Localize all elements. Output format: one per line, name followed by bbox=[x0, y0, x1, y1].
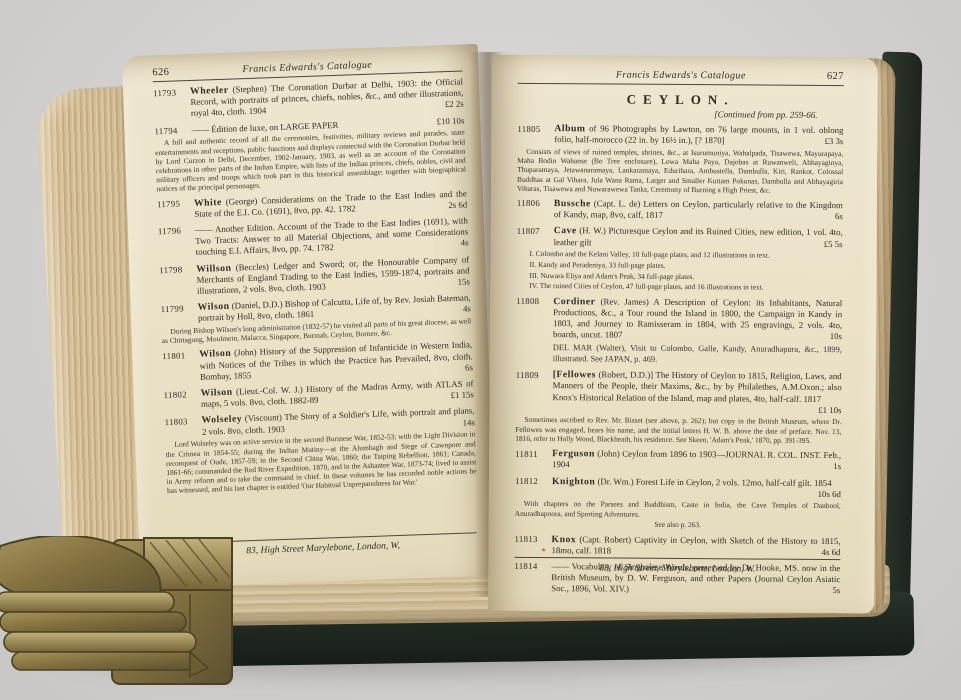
left-entries: 11793Wheeler (Stephen) The Coronation Du… bbox=[153, 76, 477, 495]
entry-number: 11801 bbox=[162, 350, 186, 362]
entry-price: £5 5s bbox=[824, 239, 843, 250]
entry-text: —— Another Edition. Account of the Trade… bbox=[195, 215, 469, 258]
entry-price: 10s 6d bbox=[818, 489, 841, 500]
entry-number: 11793 bbox=[153, 87, 177, 99]
left-page: 626 Francis Edwards's Catalogue 11793Whe… bbox=[122, 44, 496, 588]
entry-number: 11813 bbox=[515, 534, 538, 545]
entry-price: 6s bbox=[835, 211, 843, 222]
entry-price: 4s 6d bbox=[822, 547, 841, 558]
right-running-head: Francis Edwards's Catalogue 627 bbox=[518, 69, 844, 86]
catalogue-entry-11801: 11801Wilson (John) History of the Suppre… bbox=[162, 340, 473, 384]
entry-number: 11802 bbox=[163, 389, 187, 401]
book-photograph: 626 Francis Edwards's Catalogue 11793Whe… bbox=[0, 0, 961, 700]
entry-text: Ferguson (John) Ceylon from 1896 to 1903… bbox=[552, 448, 841, 472]
catalogue-entry-11799: 11799Wilson (Daniel, D.D.) Bishop of Cal… bbox=[160, 293, 471, 346]
left-running-title: Francis Edwards's Catalogue bbox=[194, 58, 420, 77]
entry-author: [Fellowes bbox=[553, 369, 596, 380]
entry-author: Wilson bbox=[200, 387, 232, 399]
entry-number: 11794 bbox=[154, 126, 178, 138]
entry-note: See also p. 263. bbox=[515, 519, 841, 530]
entry-author: Album bbox=[554, 123, 585, 134]
catalogue-entry-11811: 11811Ferguson (John) Ceylon from 1896 to… bbox=[515, 448, 841, 473]
entry-note: DEL MAR (Walter), Visit to Colombo, Gall… bbox=[553, 343, 842, 366]
entry-text: Bussche (Capt. L. de) Letters on Ceylon,… bbox=[554, 198, 843, 222]
entry-text: White (George) Considerations on the Tra… bbox=[194, 188, 468, 220]
entry-price: 5s bbox=[832, 585, 840, 596]
entry-note: III. Nuwara Eliya and Adam's Peak, 34 fu… bbox=[529, 271, 842, 282]
entry-text: Wilson (Lieut.-Col. W. J.) History of th… bbox=[200, 378, 474, 410]
entry-number: 11805 bbox=[517, 123, 540, 134]
entry-author: —— bbox=[195, 224, 213, 235]
brass-finger bbox=[0, 592, 174, 612]
entry-price: 10s bbox=[830, 331, 842, 342]
entry-text: Knighton (Dr. Wm.) Forest Life in Ceylon… bbox=[552, 476, 841, 500]
entry-price: 1s bbox=[833, 461, 841, 472]
entry-note: Lord Wolseley was on active service in t… bbox=[165, 430, 477, 496]
entry-number: 11811 bbox=[515, 448, 538, 459]
entry-price: 4s bbox=[463, 304, 471, 315]
entry-price: £3 3s bbox=[824, 136, 843, 147]
entry-price: 15s bbox=[457, 276, 470, 288]
entry-price: 4s bbox=[461, 238, 469, 249]
entry-author: Cave bbox=[554, 225, 577, 236]
entry-note: With chapters on the Parsees and Buddhis… bbox=[515, 499, 841, 520]
entry-price: £2 2s bbox=[445, 99, 464, 111]
catalogue-entry-11808: 11808Cordiner (Rev. James) A Description… bbox=[516, 295, 842, 366]
entry-text: Cordiner (Rev. James) A Description of C… bbox=[553, 296, 842, 343]
entry-note: A full and authentic record of all the c… bbox=[155, 128, 467, 194]
entry-author: Wilson bbox=[197, 301, 229, 313]
entry-author: Wheeler bbox=[190, 85, 229, 97]
right-page-number: 627 bbox=[802, 71, 844, 82]
entry-price: £1 15s bbox=[450, 390, 474, 402]
brass-finger bbox=[12, 652, 196, 670]
entry-note: IV. The ruined Cities of Ceylon, 47 full… bbox=[529, 281, 842, 292]
entry-number: 11812 bbox=[515, 476, 538, 487]
entry-number: 11808 bbox=[516, 296, 539, 307]
brass-finger bbox=[0, 612, 186, 632]
entry-author: White bbox=[194, 197, 222, 209]
catalogue-entry-11805: 11805Album of 96 Photographs by Lawton, … bbox=[517, 123, 843, 195]
entry-price: £1 10s bbox=[818, 405, 841, 416]
catalogue-entry-11809: 11809[Fellowes (Robert, D.D.)] The Histo… bbox=[515, 369, 842, 445]
entry-text: Willson (Beccles) Ledger and Sword; or, … bbox=[196, 254, 470, 297]
catalogue-entry-11813: 11813Knox (Capt. Robert) Captivity in Ce… bbox=[514, 533, 840, 558]
entry-number: 11803 bbox=[164, 416, 188, 428]
catalogue-entry-11812: 11812Knighton (Dr. Wm.) Forest Life in C… bbox=[515, 475, 841, 530]
entry-text: Wilson (John) History of the Suppression… bbox=[199, 340, 473, 383]
section-continued-note: [Continued from pp. 259-66. bbox=[518, 108, 818, 120]
entry-author: Knox bbox=[552, 534, 577, 545]
entry-text: [Fellowes (Robert, D.D.)] The History of… bbox=[552, 369, 841, 416]
entry-note: I. Colombo and the Kelani Valley, 10 ful… bbox=[530, 249, 843, 260]
entry-number: 11799 bbox=[160, 303, 184, 315]
left-page-number: 626 bbox=[152, 66, 194, 78]
entry-author: Bussche bbox=[554, 198, 591, 209]
entry-author: Ferguson bbox=[552, 448, 595, 459]
brass-finger bbox=[4, 632, 196, 652]
entry-number: 11796 bbox=[158, 226, 182, 238]
entry-number: 11795 bbox=[157, 198, 181, 210]
right-page: Francis Edwards's Catalogue 627 CEYLON. … bbox=[488, 55, 878, 614]
entry-note: Consists of views of ruined temples, shr… bbox=[517, 147, 843, 195]
margin-mark: * bbox=[541, 546, 546, 557]
entry-author: Cordiner bbox=[553, 296, 595, 307]
entry-author: Wolseley bbox=[201, 414, 242, 426]
catalogue-entry-11803: 11803Wolseley (Viscount) The Story of a … bbox=[164, 406, 477, 496]
catalogue-entry-11806: 11806Bussche (Capt. L. de) Letters on Ce… bbox=[517, 198, 843, 223]
entry-number: 11807 bbox=[517, 226, 540, 237]
entry-price: £10 10s bbox=[436, 115, 464, 127]
entry-number: 11806 bbox=[517, 198, 540, 209]
catalogue-entry-11807: 11807Cave (H. W.) Picturesque Ceylon and… bbox=[516, 225, 842, 292]
brass-hand-paperweight bbox=[0, 536, 252, 700]
entry-number: 11809 bbox=[516, 370, 539, 381]
catalogue-entry-11794: 11794—— Édition de luxe, on LARGE PAPER£… bbox=[154, 115, 466, 194]
catalogue-entry-11796: 11796—— Another Edition. Account of the … bbox=[158, 215, 469, 259]
entry-text: Wheeler (Stephen) The Coronation Durbar … bbox=[190, 76, 464, 119]
entry-text: Knox (Capt. Robert) Captivity in Ceylon,… bbox=[551, 534, 840, 558]
entry-text: Album of 96 Photographs by Lawton, on 76… bbox=[554, 123, 843, 147]
entry-author: Knighton bbox=[552, 476, 595, 487]
section-title-ceylon: CEYLON. bbox=[518, 91, 844, 109]
entry-text: Cave (H. W.) Picturesque Ceylon and its … bbox=[554, 225, 843, 249]
right-running-title: Francis Edwards's Catalogue bbox=[560, 69, 802, 82]
right-entries: 11805Album of 96 Photographs by Lawton, … bbox=[514, 123, 843, 597]
entry-note: Sometimes ascribed to Rev. Mr. Bisset (s… bbox=[515, 415, 841, 445]
catalogue-entry-11793: 11793Wheeler (Stephen) The Coronation Du… bbox=[153, 76, 464, 120]
catalogue-entry-11798: 11798Willson (Beccles) Ledger and Sword;… bbox=[159, 254, 470, 298]
entry-author: —— bbox=[191, 124, 209, 135]
entry-price: 2s 6d bbox=[448, 199, 467, 211]
entry-author: Wilson bbox=[199, 348, 231, 360]
right-page-footer: 83, High Street, Marylebone, London, W. bbox=[514, 557, 840, 575]
entry-author: Willson bbox=[196, 262, 231, 274]
entry-number: 11798 bbox=[159, 264, 183, 276]
entry-note: II. Kandy and Peradeniya, 33 full-page p… bbox=[529, 260, 842, 271]
